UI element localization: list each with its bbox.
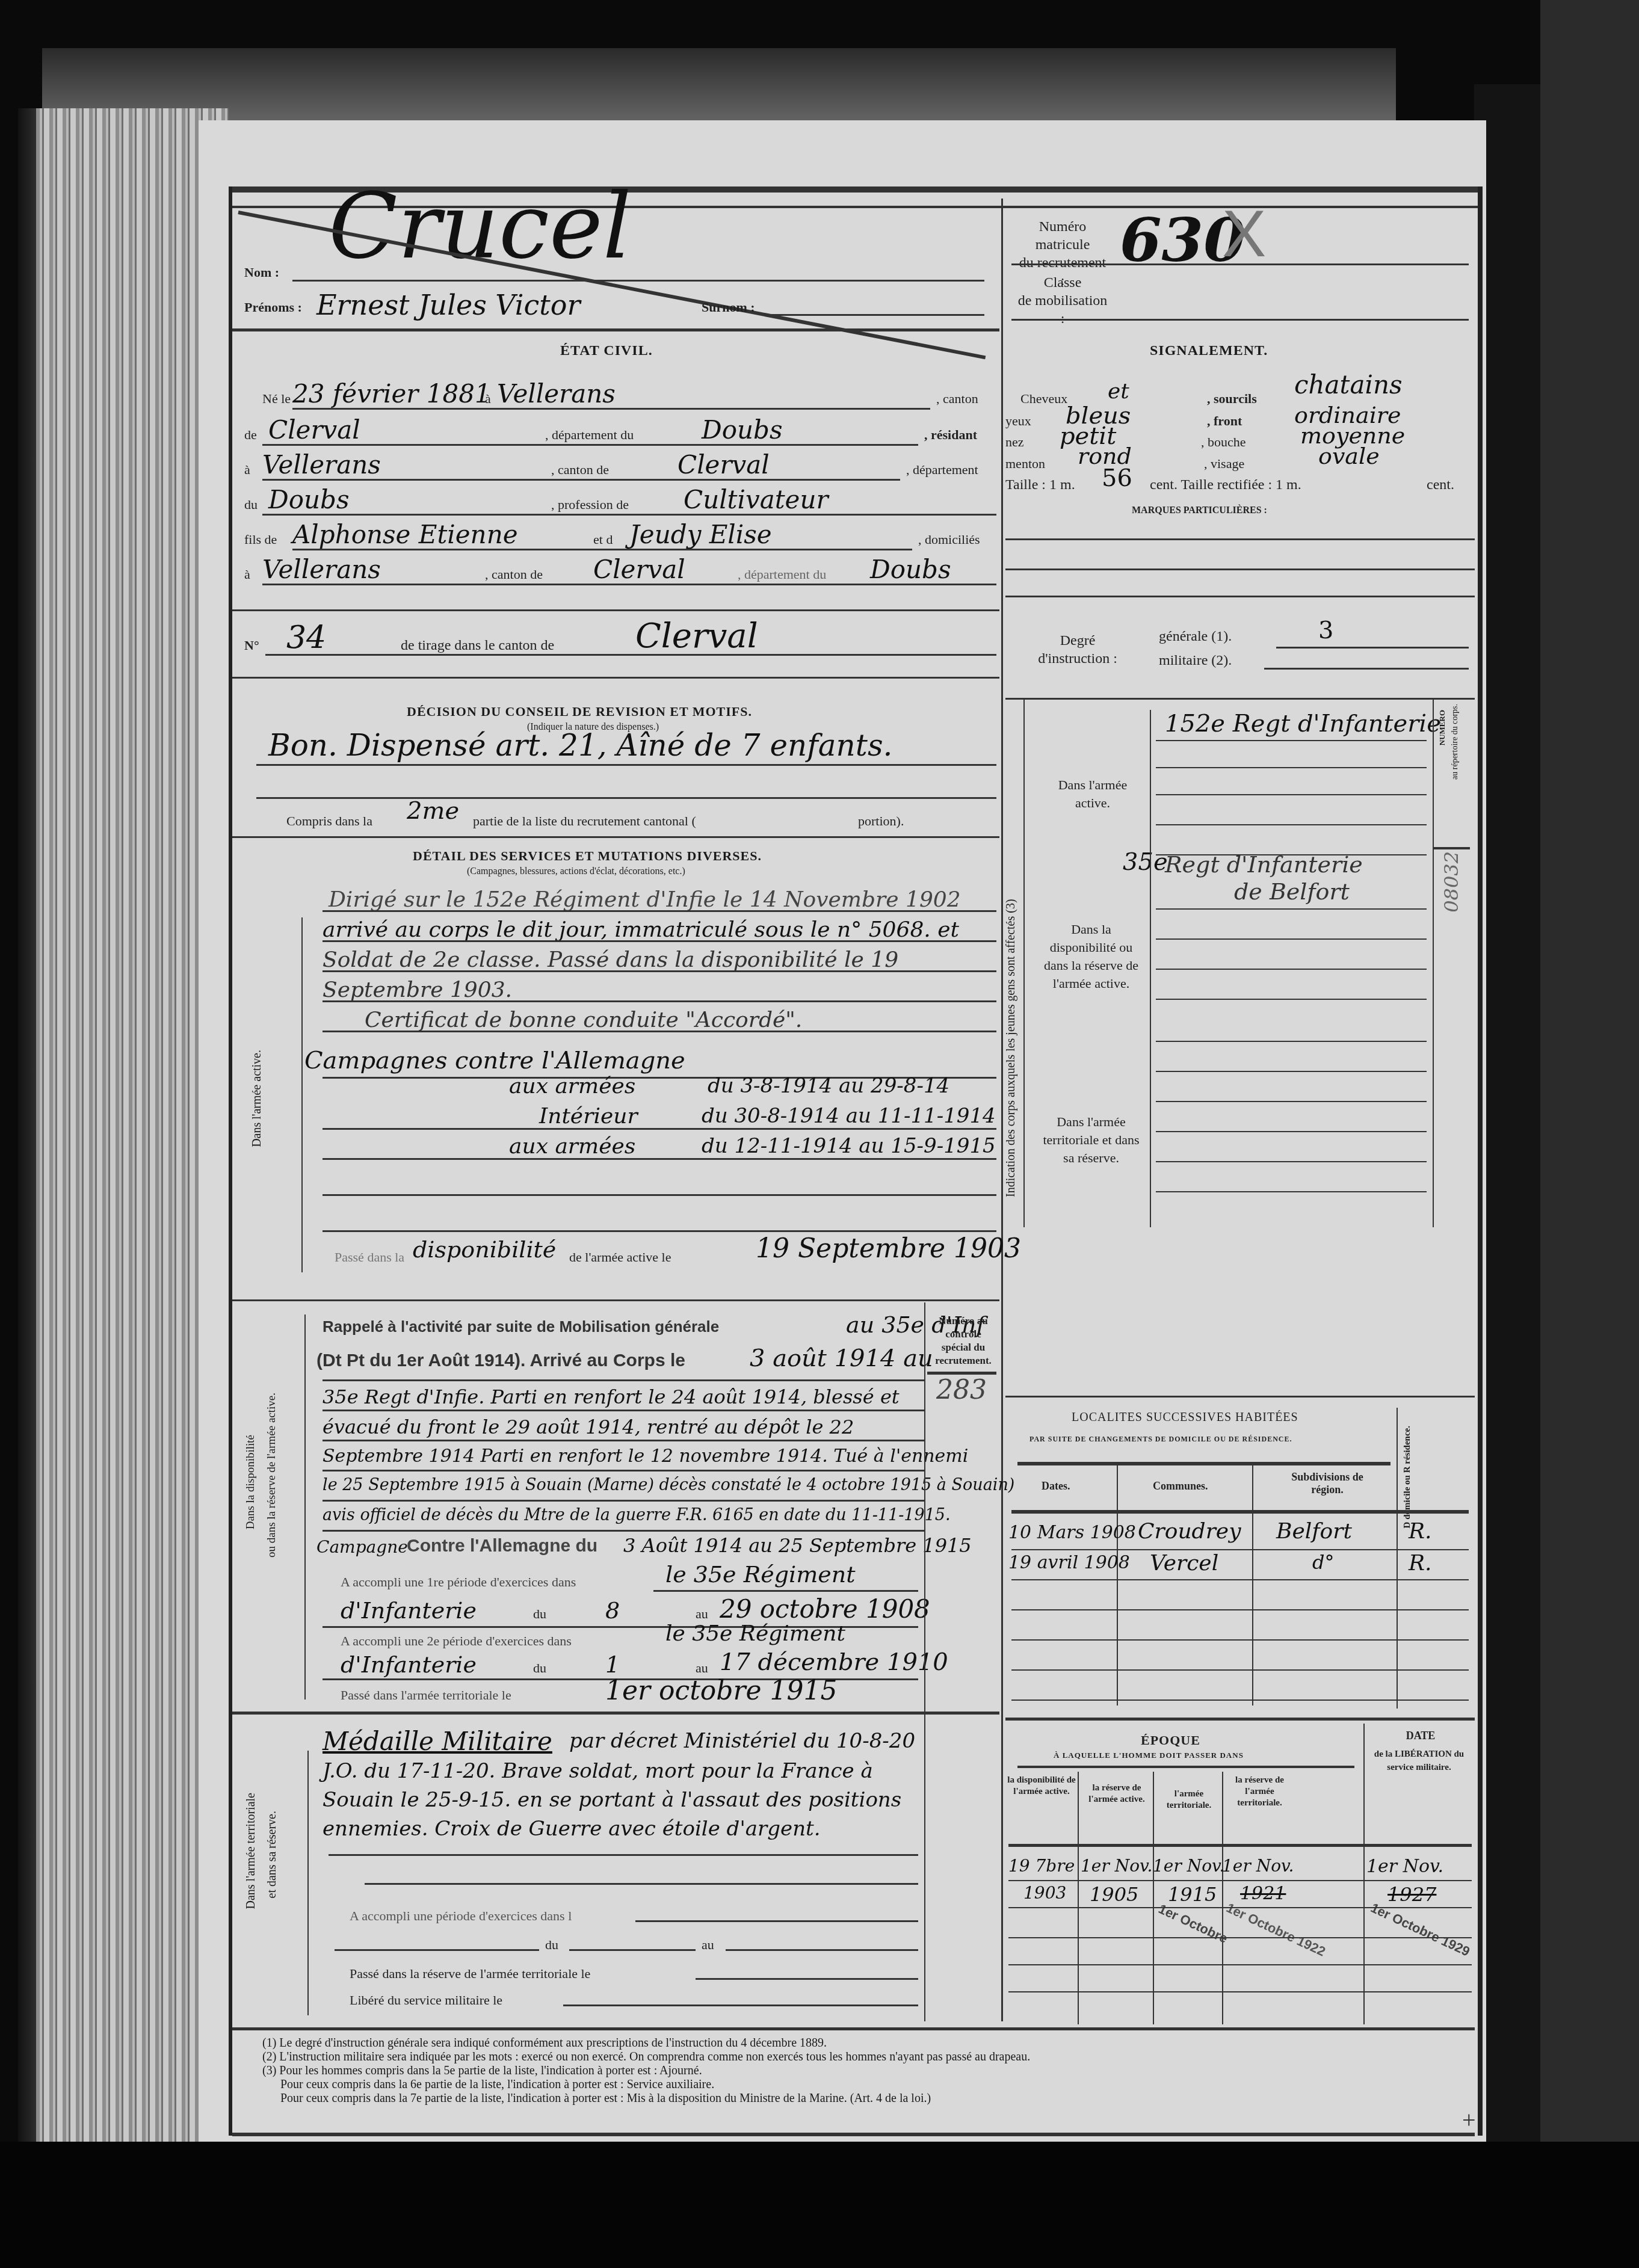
dispo-prefix: 35e: [1123, 848, 1168, 876]
row-rule: [1008, 1907, 1472, 1908]
ne-le-label: Né le: [262, 391, 291, 407]
row-rule: [1156, 740, 1427, 741]
terr-au-label: au: [702, 1937, 714, 1953]
terr-libere-label: Libéré du service militaire le: [350, 1992, 502, 2008]
rappel-title-1: Rappelé à l'activité par suite de Mobili…: [323, 1317, 719, 1336]
tirage-no-label: N°: [244, 638, 259, 653]
footnote-5: Pour ceux compris dans la 7e partie de l…: [262, 2092, 1466, 2106]
epoque-stamp: 1er Octobre 1929: [1368, 1900, 1472, 1959]
controle-label: Numéro au contrôle spécial du recrutemen…: [930, 1314, 996, 1367]
father-name: Alphonse Etienne: [292, 520, 518, 549]
medaille-line-2: J.O. du 17-11-20. Brave soldat, mort pou…: [323, 1759, 873, 1783]
militaire-label: militaire (2).: [1159, 653, 1232, 669]
rappel-title-2: (Dt Pt du 1er Août 1914). Arrivé au Corp…: [316, 1351, 685, 1371]
row-rule: [1005, 569, 1475, 570]
row-rule: [1156, 767, 1427, 768]
row-rule: [262, 479, 900, 481]
row-rule: [323, 1194, 996, 1196]
medaille-line-3: Souain le 25-9-15. en se portant à l'ass…: [323, 1788, 901, 1812]
matricule-x-mark: X: [1222, 196, 1266, 272]
localite-commune: Croudrey: [1138, 1519, 1241, 1544]
dispo-value-2: de Belfort: [1234, 878, 1350, 905]
rappel-line-1: 35e Regt d'Infie. Parti en renfort le 24…: [323, 1385, 900, 1408]
bouche-label: , bouche: [1201, 434, 1246, 450]
footnote-1: (1) Le degré d'instruction générale sera…: [262, 2036, 1466, 2050]
row-rule: [1011, 1579, 1469, 1580]
tirage-bottom-rule: [232, 677, 999, 679]
row-rule: [1156, 908, 1427, 910]
localites-col-subdivisions: Subdivisions de région.: [1282, 1471, 1372, 1496]
generale-value: 3: [1318, 617, 1333, 644]
parents-canton: Clerval: [593, 555, 685, 584]
territoriale-date: 1er octobre 1915: [605, 1675, 838, 1706]
campagne-dates: 3 Août 1914 au 25 Septembre 1915: [623, 1534, 972, 1557]
passe-value-1: disponibilité: [413, 1236, 556, 1263]
periode2-au-label: au: [696, 1660, 708, 1676]
generale-label: générale (1).: [1159, 629, 1232, 645]
services-line-4: Septembre 1903.: [323, 978, 512, 1002]
parents-a-label: à: [244, 567, 250, 582]
decision-block: DÉCISION DU CONSEIL DE REVISION ET MOTIF…: [232, 680, 999, 836]
epoque-col-divider: [1153, 1772, 1154, 2024]
services-line-5: Certificat de bonne conduite "Accordé".: [365, 1008, 802, 1032]
territoriale-brace: [307, 1751, 309, 2015]
yeux-label: yeux: [1005, 413, 1031, 429]
epoque-title: ÉPOQUE: [1141, 1733, 1200, 1748]
menton-label: menton: [1005, 456, 1045, 472]
services-line-2: arrivé au corps le dit jour, immatriculé…: [323, 917, 959, 942]
taille-cent: cent.: [1427, 477, 1454, 493]
book-right-cover: [1540, 0, 1639, 2154]
classe-label-line-2: de mobilisation :: [1018, 293, 1108, 327]
row-rule: [1011, 1609, 1469, 1610]
etat-civil-block: ÉTAT CIVIL. Né le 23 février 1881 à Vell…: [232, 331, 999, 608]
compris-label: Compris dans la: [286, 813, 372, 829]
rappel-brace: [304, 1314, 306, 1699]
epoque-header-rule: [1008, 1844, 1472, 1847]
date-subtitle: de la LIBÉRATION du service militaire.: [1369, 1748, 1469, 1774]
row-rule: [1008, 1964, 1472, 1965]
row-rule: [1156, 969, 1427, 970]
epoque-value-year: 1921: [1240, 1883, 1286, 1904]
territoriale-side-label-1: Dans l'armée territoriale: [244, 1793, 258, 1909]
taille-rest: cent. Taille rectifiée : 1 m.: [1150, 477, 1301, 493]
row-rule: [265, 654, 996, 656]
periode1-value-1: le 35e Régiment: [665, 1561, 856, 1588]
epoque-col-divider: [1222, 1772, 1223, 2024]
epoque-col-3: l'armée territoriale.: [1156, 1789, 1222, 1811]
affectation-brace: [1150, 710, 1151, 1227]
row-rule: [1008, 1991, 1472, 1992]
row-rule: [323, 1230, 996, 1232]
terr-periode-label: A accompli une période d'exercices dans …: [350, 1908, 572, 1924]
row-rule: [1008, 1880, 1472, 1881]
prenoms-label: Prénoms :: [244, 300, 302, 315]
periode2-du: 1: [605, 1651, 620, 1678]
decision-value: Bon. Dispensé art. 21, Aîné de 7 enfants…: [268, 728, 892, 763]
territoriale-block: Dans l'armée territoriale et dans sa rés…: [232, 1715, 999, 2027]
footnotes-top-rule: [232, 2027, 1475, 2030]
active-label: Dans l'armée active.: [1042, 776, 1144, 812]
rappel-line-3: Septembre 1914 Parti en renfort le 12 no…: [323, 1446, 968, 1467]
main-column-divider: [1001, 199, 1003, 2021]
row-rule: [323, 1158, 996, 1160]
row-rule: [726, 1949, 918, 1951]
profession-label: , profession de: [551, 497, 629, 513]
localite-type: R.: [1409, 1519, 1432, 1544]
row-rule: [1156, 824, 1427, 825]
row-rule: [323, 1470, 924, 1471]
row-rule: [696, 1978, 918, 1980]
du-label: du: [244, 497, 258, 513]
matricule-rule: [1011, 263, 1469, 265]
epoque-col-1: la disponibilité de l'armée active.: [1005, 1775, 1078, 1798]
row-rule: [653, 1590, 918, 1592]
signalement-title: SIGNALEMENT.: [1150, 343, 1268, 359]
row-rule: [1156, 1101, 1427, 1102]
localite-subdivision: d°: [1312, 1551, 1334, 1574]
controle-value: 283: [936, 1375, 987, 1405]
residence-canton-label: , canton de: [551, 462, 609, 478]
bottom-shadow: [0, 2142, 1639, 2268]
services-side-label: Dans l'armée active.: [250, 1050, 264, 1147]
periode1-du: 8: [605, 1597, 620, 1624]
periode2-label: A accompli une 2e période d'exercices da…: [341, 1633, 572, 1649]
localites-col-divider: [1397, 1408, 1398, 1709]
row-rule: [323, 1128, 996, 1130]
localites-col-communes: Communes.: [1153, 1480, 1208, 1493]
rappel-line-2: évacué du front le 29 août 1914, rentré …: [323, 1416, 854, 1438]
services-bottom-rule: [232, 1299, 999, 1301]
terr-du-label: du: [545, 1937, 558, 1953]
row-rule: [323, 1031, 996, 1032]
localite-commune: Vercel: [1150, 1551, 1218, 1576]
taille-label: Taille : 1 m.: [1005, 477, 1075, 493]
affectation-block: Indication des corps auxquels les jeunes…: [1005, 698, 1475, 1227]
campagnes-title: Campagnes contre l'Allemagne: [304, 1047, 685, 1074]
taille-value: 56: [1102, 464, 1132, 492]
row-rule: [323, 940, 996, 942]
campagne-3-label: aux armées: [509, 1134, 635, 1159]
rappel-line-4: le 25 Septembre 1915 à Souain (Marne) dé…: [323, 1476, 1014, 1494]
numero-rule: [1434, 847, 1470, 849]
localites-header-rule: [1017, 1462, 1391, 1465]
row-rule: [323, 1530, 924, 1532]
row-rule: [1156, 1191, 1427, 1192]
row-rule: [1011, 1699, 1469, 1701]
campagne-printed: Contre l'Allemagne du: [407, 1536, 597, 1556]
footnote-2: (2) L'instruction militaire sera indiqué…: [262, 2050, 1466, 2064]
birth-departement: Doubs: [702, 415, 782, 445]
rappel-line-5: avis officiel de décès du Mtre de la gue…: [323, 1506, 951, 1524]
services-line-3: Soldat de 2e classe. Passé dans la dispo…: [323, 948, 898, 972]
epoque-block: ÉPOQUE À LAQUELLE L'HOMME DOIT PASSER DA…: [1005, 1718, 1475, 2030]
periode2-du-label: du: [533, 1660, 546, 1676]
territoriale-affect-label: Dans l'armée territoriale et dans sa rés…: [1039, 1113, 1144, 1167]
nom-value: Crucel: [329, 174, 632, 279]
footnote-4: Pour ceux compris dans la 6e partie de l…: [262, 2078, 1466, 2092]
epoque-value-day: 1er Nov.: [1153, 1856, 1224, 1876]
tirage-label: de tirage dans le canton de: [401, 638, 554, 654]
birth-place: Vellerans: [497, 379, 616, 408]
medaille-line-4: ennemies. Croix de Guerre avec étoile d'…: [323, 1817, 821, 1841]
row-rule: [1156, 794, 1427, 795]
localites-subtitle: PAR SUITE DE CHANGEMENTS DE DOMICILE OU …: [1029, 1435, 1292, 1444]
row-rule: [323, 1500, 924, 1502]
epoque-value-year: 1903: [1023, 1883, 1066, 1903]
matricule-label-line-1: Numéro matricule: [1036, 219, 1090, 253]
surnom-rule: [762, 314, 984, 316]
localite-date: 10 Mars 1908: [1008, 1522, 1136, 1543]
tirage-canton: Clerval: [635, 617, 758, 656]
row-rule: [262, 444, 918, 446]
active-value: 152e Regt d'Infanterie: [1165, 710, 1441, 738]
row-rule: [323, 1379, 924, 1381]
epoque-value-day: 1er Nov.: [1081, 1856, 1152, 1876]
etat-civil-title: ÉTAT CIVIL.: [560, 343, 653, 359]
matricule-block: Numéro matricule du recrutement : 630 X …: [1005, 199, 1475, 328]
affectation-top-rule: [1005, 698, 1475, 700]
portion-label: portion).: [858, 813, 904, 829]
row-rule: [335, 1949, 539, 1951]
et-de-label: et d: [593, 532, 613, 547]
row-rule: [292, 549, 912, 550]
epoque-col-4: la réserve de l'armée territoriale.: [1225, 1775, 1294, 1809]
identity-block: Nom : Crucel Prénoms : Ernest Jules Vict…: [232, 199, 996, 328]
services-title: DÉTAIL DES SERVICES ET MUTATIONS DIVERSE…: [413, 848, 762, 864]
periode1-label: A accompli une 1re période d'exercices d…: [341, 1574, 576, 1590]
row-rule: [635, 1920, 918, 1922]
residence-canton: Clerval: [678, 450, 770, 479]
mother-name: Jeudy Elise: [629, 520, 772, 549]
localites-title: LOCALITES SUCCESSIVES HABITÉES: [1072, 1411, 1298, 1425]
row-rule: [569, 1949, 696, 1951]
rappel-arrival: 3 août 1914 au: [750, 1345, 933, 1372]
epoque-col-divider: [1363, 1724, 1365, 2024]
surnom-label: Surnom :: [702, 300, 755, 315]
passe-label-2: de l'armée active le: [569, 1250, 671, 1265]
services-brace: [301, 917, 303, 1272]
nom-rule: [292, 280, 984, 282]
epoque-value-year: 1927: [1387, 1883, 1436, 1906]
sourcils-value: chatains: [1294, 370, 1403, 399]
localites-top-rule: [1005, 1396, 1475, 1397]
localite-type: R.: [1409, 1551, 1432, 1576]
birth-a-label: à: [485, 391, 491, 407]
classe-label-line-1: Classe: [1044, 275, 1082, 291]
periode1-value-2: d'Infanterie: [341, 1597, 477, 1624]
domicilies-label: , domiciliés: [918, 532, 980, 547]
row-rule: [323, 970, 996, 972]
front-label: , front: [1207, 413, 1242, 429]
periode1-au: 29 octobre 1908: [720, 1594, 930, 1624]
row-rule: [262, 584, 996, 585]
affectation-label-divider: [1023, 698, 1025, 1227]
degre-label-line-2: d'instruction :: [1038, 651, 1117, 667]
profession-value: Cultivateur: [684, 485, 829, 514]
row-rule: [563, 2005, 918, 2006]
row-rule: [292, 408, 930, 410]
residence-a-label: à: [244, 462, 250, 478]
localites-block: LOCALITES SUCCESSIVES HABITÉES PAR SUITE…: [1005, 1396, 1475, 1709]
dispo-label: Dans la disponibilité ou dans la réserve…: [1039, 920, 1144, 993]
epoque-value-day: 1er Nov.: [1222, 1856, 1294, 1876]
row-rule: [1156, 1041, 1427, 1042]
periode1-au-label: au: [696, 1606, 708, 1622]
compris-value: 2me: [407, 797, 459, 825]
residence-place: Vellerans: [262, 450, 381, 479]
terr-reserve-label: Passé dans la réserve de l'armée territo…: [350, 1966, 590, 1982]
passe-date: 19 Septembre 1903: [756, 1233, 1021, 1264]
footnote-3: (3) Pour les hommes compris dans la 5e p…: [262, 2064, 1466, 2078]
campagne-3-dates: du 12-11-1914 au 15-9-1915: [702, 1134, 996, 1158]
row-rule: [1011, 1669, 1469, 1671]
affectation-vertical-label: Indication des corps auxquels les jeunes…: [1004, 734, 1018, 1197]
date-title: DATE: [1372, 1730, 1469, 1742]
rappel-side-label-2: ou dans la réserve de l'armée active.: [265, 1393, 279, 1558]
epoque-col-2: la réserve de l'armée active.: [1081, 1783, 1153, 1805]
localites-columns-rule: [1011, 1510, 1469, 1514]
periode2-value-1: le 35e Régiment: [665, 1621, 845, 1646]
form-bottom-rule: [232, 2133, 1475, 2136]
departement-label: , département: [906, 462, 978, 478]
classe-rule: [1011, 319, 1469, 321]
visage-value: ovale: [1318, 443, 1380, 469]
degre-label-line-1: Degré: [1060, 633, 1096, 649]
periode1-du-label: du: [533, 1606, 546, 1622]
row-rule: [1011, 1639, 1469, 1641]
epoque-value-year: 1915: [1168, 1883, 1217, 1906]
campagne-1-label: aux armées: [509, 1074, 635, 1099]
sourcils-label: , sourcils: [1207, 391, 1257, 407]
localite-date: 19 avril 1908: [1008, 1552, 1130, 1573]
parents-departement: Doubs: [870, 555, 951, 584]
medaille-line-1: par décret Ministériel du 10-8-20: [569, 1729, 915, 1753]
page-mark: +: [1462, 2106, 1476, 2134]
medaille-title: Médaille Militaire: [323, 1727, 552, 1756]
nez-label: nez: [1005, 434, 1024, 450]
territoriale-side-label-2: et dans sa réserve.: [265, 1811, 279, 1899]
row-rule: [1156, 854, 1427, 855]
row-rule: [365, 1883, 918, 1885]
periode2-au: 17 décembre 1910: [720, 1648, 948, 1676]
epoque-col-divider: [1078, 1772, 1079, 2024]
numero-divider: [1433, 698, 1434, 1227]
numero-label-1: NUMÉRO: [1437, 710, 1447, 745]
epoque-value-year: 1905: [1090, 1883, 1138, 1906]
canton-label: , canton: [936, 391, 978, 407]
row-rule: [1008, 1937, 1472, 1938]
parents-departement-label: , département du: [738, 567, 826, 582]
localite-subdivision: Belfort: [1276, 1519, 1352, 1544]
row-rule: [1156, 1131, 1427, 1132]
visage-label: , visage: [1204, 456, 1244, 472]
degre-label: Degré d'instruction :: [1036, 632, 1120, 668]
territoriale-label: Passé dans l'armée territoriale le: [341, 1687, 511, 1703]
epoque-top-rule: [1005, 1718, 1475, 1721]
parents-canton-label: , canton de: [485, 567, 543, 582]
nom-label: Nom :: [244, 265, 279, 280]
periode2-value-2: d'Infanterie: [341, 1651, 477, 1678]
matricule-form: Nom : Crucel Prénoms : Ernest Jules Vict…: [229, 186, 1483, 2136]
row-rule: [1156, 938, 1427, 940]
decision-bottom-rule: [232, 836, 999, 838]
marques-title: MARQUES PARTICULIÈRES :: [1132, 505, 1267, 516]
campagne-2-dates: du 30-8-1914 au 11-11-1914: [702, 1104, 996, 1128]
row-rule: [1156, 999, 1427, 1000]
localites-col-dates: Dates.: [1042, 1480, 1070, 1493]
birth-date: 23 février 1881: [292, 379, 491, 408]
row-rule: [256, 797, 996, 799]
footnotes-block: (1) Le degré d'instruction générale sera…: [262, 2036, 1466, 2133]
epoque-stamp: 1er Octobre 1922: [1224, 1900, 1328, 1959]
row-rule: [1005, 596, 1475, 597]
residant-label: , résidant: [924, 427, 977, 443]
row-rule: [323, 910, 996, 912]
row-rule: [1005, 538, 1475, 540]
rappel-block: Dans la disponibilité ou dans la réserve…: [232, 1302, 999, 1712]
birth-canton: Clerval: [268, 415, 360, 445]
prenoms-value: Ernest Jules Victor: [316, 289, 580, 321]
tirage-block: N° 34 de tirage dans le canton de Clerva…: [232, 611, 999, 677]
cheveux-label: Cheveux: [1020, 391, 1067, 407]
cheveux-value: et: [1108, 379, 1129, 404]
de-label: de: [244, 427, 257, 443]
compris-rest: partie de la liste du recrutement canton…: [473, 813, 696, 829]
row-rule: [256, 764, 996, 766]
departement-du-label: , département du: [545, 427, 634, 443]
campagne-label: Campagne: [316, 1537, 408, 1557]
row-rule: [1156, 1071, 1427, 1072]
rappel-side-label-1: Dans la disponibilité: [244, 1435, 258, 1529]
controle-divider: [924, 1302, 925, 1712]
epoque-value-day: 19 7bre: [1008, 1856, 1075, 1876]
residence-departement: Doubs: [268, 485, 349, 514]
row-rule: [323, 1440, 924, 1441]
epoque-brace-rule: [1017, 1766, 1354, 1768]
services-subtitle: (Campagnes, blessures, actions d'éclat, …: [467, 866, 685, 877]
row-rule: [323, 1410, 924, 1411]
row-rule: [1276, 647, 1469, 649]
tirage-no-value: 34: [286, 620, 326, 656]
services-line-1: Dirigé sur le 152e Régiment d'Infie le 1…: [329, 887, 961, 912]
passe-label-1: Passé dans la: [335, 1250, 404, 1265]
numero-label-2: au répertoire du corps.: [1451, 704, 1460, 780]
epoque-subtitle: À LAQUELLE L'HOMME DOIT PASSER DANS: [1054, 1751, 1244, 1760]
numero-value: 08032: [1440, 851, 1463, 913]
services-block: Dans l'armée active. DÉTAIL DES SERVICES…: [232, 839, 999, 1296]
campagne-2-label: Intérieur: [539, 1104, 638, 1129]
decision-title: DÉCISION DU CONSEIL DE REVISION ET MOTIF…: [407, 704, 752, 720]
row-rule: [1011, 1549, 1469, 1550]
row-rule: [323, 1000, 996, 1002]
parents-place: Vellerans: [262, 555, 381, 584]
epoque-value-day: 1er Nov.: [1366, 1856, 1443, 1877]
territoriale-right-divider: [924, 1715, 925, 2021]
row-rule: [262, 514, 996, 516]
row-rule: [1264, 668, 1469, 670]
fils-de-label: fils de: [244, 532, 277, 547]
signalement-block: SIGNALEMENT. Cheveux et , sourcils chata…: [1005, 331, 1475, 668]
row-rule: [1156, 1161, 1427, 1162]
row-rule: [329, 1854, 918, 1856]
campagne-1-dates: du 3-8-1914 au 29-8-14: [708, 1074, 949, 1098]
